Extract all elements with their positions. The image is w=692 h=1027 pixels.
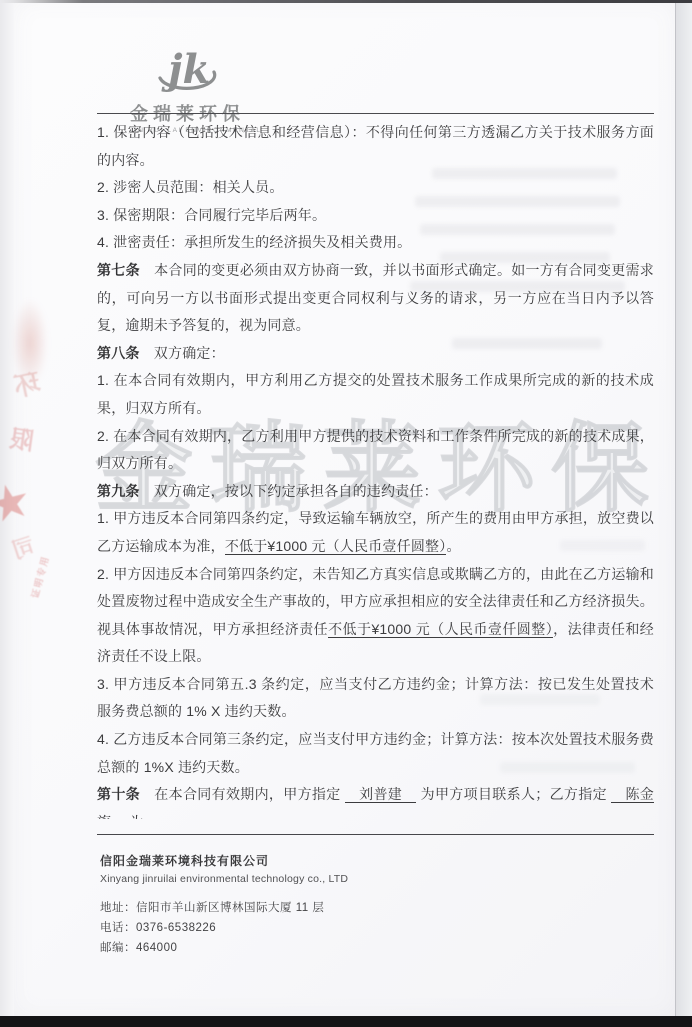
contract-paragraph: 2. 在本合同有效期内，乙方利用甲方提供的技术资料和工作条件所完成的新的技术成果… [97,423,654,478]
footer-company-name-cn: 信阳金瑞莱环境科技有限公司 [100,852,560,869]
footer: 信阳金瑞莱环境科技有限公司 Xinyang jinruilai environm… [100,852,560,955]
contract-body: 1. 保密内容（包括技术信息和经营信息）：不得向任何第三方透漏乙方关于技术服务方… [97,119,654,819]
contract-paragraph: 1. 在本合同有效期内，甲方利用乙方提交的处置技术服务工作成果所完成的新的技术成… [97,367,654,422]
clause-heading: 第十条 [97,786,140,802]
logo-monogram-icon: jk [148,42,226,98]
contract-paragraph: 3. 保密期限：合同履行完毕后两年。 [97,202,654,230]
footer-company-name-en: Xinyang jinruilai environmental technolo… [100,873,560,885]
contract-paragraph: 1. 甲方违反本合同第四条约定，导致运输车辆放空，所产生的费用由甲方承担，放空费… [97,505,654,560]
contract-paragraph: 2. 甲方因违反本合同第四条约定，未告知乙方真实信息或欺瞒乙方的，由此在乙方运输… [97,561,654,671]
scan-artifact-bottom-bar [0,1016,692,1027]
contract-paragraph: 第八条 双方确定： [97,340,654,368]
clause-text: 2. 涉密人员范围：相关人员。 [97,179,284,195]
underlined-term: 不低于¥1000 元（人民币壹仟圆整） [328,621,553,638]
clause-text: 1. 在本合同有效期内，甲方利用乙方提交的处置技术服务工作成果所完成的新的技术成… [97,372,654,416]
clause-text: 3. 保密期限：合同履行完毕后两年。 [97,207,326,223]
contract-paragraph: 第九条 双方确定，按以下约定承担各自的违约责任： [97,478,654,506]
footer-address: 地址：信阳市羊山新区博林国际大厦 11 层 [100,899,560,915]
clause-text: 3. 甲方违反本合同第五.3 条约定，应当支付乙方违约金；计算方法：按已发生处置… [97,676,654,720]
contract-paragraph: 第十条 在本合同有效期内，甲方指定 刘普建 为甲方项目联系人；乙方指定 陈金旗 … [97,781,654,819]
clause-text: 为甲方项目联系人；乙方指定 [416,786,611,802]
clause-text: 在本合同有效期内，甲方指定 [140,786,345,802]
clause-text: 双方确定： [140,345,225,361]
contract-paragraph: 第七条 本合同的变更必须由双方协商一致，并以书面形式确定。如一方有合同变更需求的… [97,257,654,340]
footer-phone: 电话：0376-6538226 [100,919,560,935]
footer-rule [97,834,654,835]
clause-text: 为 [125,814,143,819]
underlined-term: 不低于¥1000 元（人民币壹仟圆整） [225,538,447,555]
contract-paragraph: 1. 保密内容（包括技术信息和经营信息）：不得向任何第三方透漏乙方关于技术服务方… [97,119,654,174]
scan-left-edge [0,0,14,1016]
clause-text: 1. 保密内容（包括技术信息和经营信息）：不得向任何第三方透漏乙方关于技术服务方… [97,124,654,168]
logo-monogram-letters: jk [161,46,210,93]
scan-artifact-top-line [0,0,692,3]
clause-text: 双方确定，按以下约定承担各自的违约责任： [140,483,438,499]
footer-postcode: 邮编：464000 [100,939,560,955]
clause-text: 2. 在本合同有效期内，乙方利用甲方提供的技术资料和工作条件所完成的新的技术成果… [97,428,654,472]
contract-paragraph: 4. 乙方违反本合同第三条约定，应当支付甲方违约金；计算方法：按本次处置技术服务… [97,726,654,781]
clause-heading: 第九条 [97,483,140,499]
clause-text: 4. 乙方违反本合同第三条约定，应当支付甲方违约金；计算方法：按本次处置技术服务… [97,731,654,775]
underlined-term: 刘普建 [345,786,417,803]
clause-text: 本合同的变更必须由双方协商一致，并以书面形式确定。如一方有合同变更需求的，可向另… [97,262,654,333]
clause-text: 4. 泄密责任：承担所发生的经济损失及相关费用。 [97,234,411,250]
contract-paragraph: 2. 涉密人员范围：相关人员。 [97,174,654,202]
clause-heading: 第八条 [97,345,140,361]
clause-heading: 第七条 [97,262,140,278]
scan-right-edge [675,0,692,1016]
contract-paragraph: 3. 甲方违反本合同第五.3 条约定，应当支付乙方违约金；计算方法：按已发生处置… [97,671,654,726]
contract-paragraph: 4. 泄密责任：承担所发生的经济损失及相关费用。 [97,229,654,257]
clause-text: 。 [446,538,460,554]
header-rule [97,113,654,114]
